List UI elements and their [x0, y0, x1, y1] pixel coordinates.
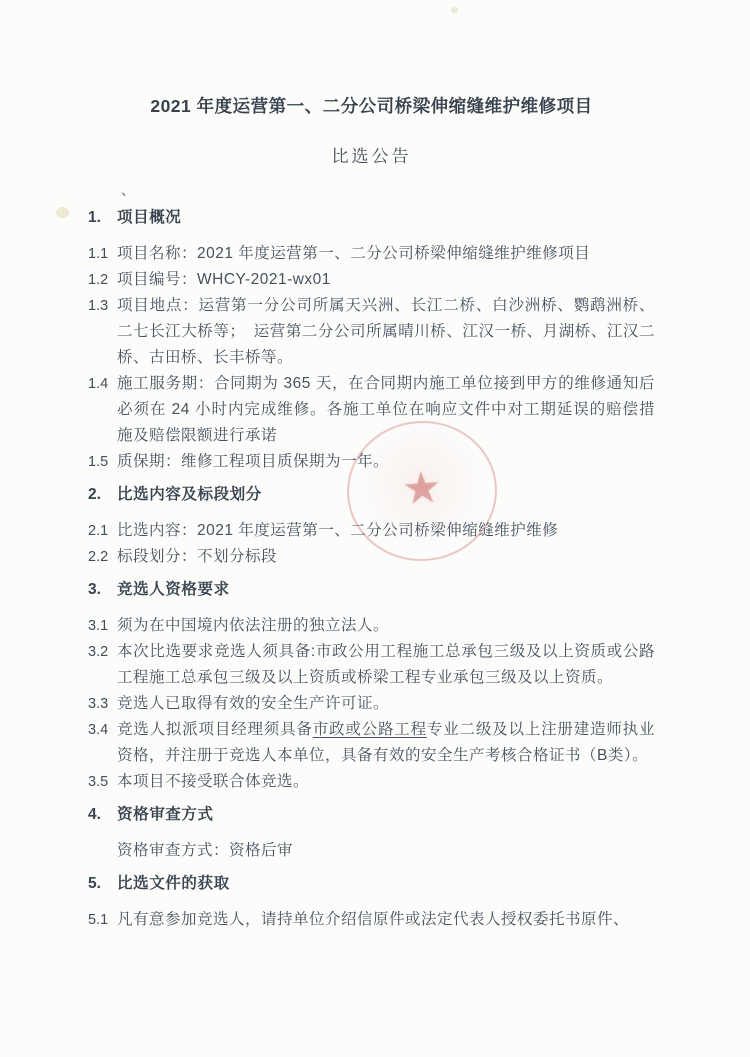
section-heading-text: 项目概况 [117, 205, 181, 231]
item-1-2: 1.2 项目编号：WHCY-2021-wx01 [88, 267, 655, 293]
section-4-heading: 4. 资格审查方式 [88, 802, 655, 828]
document-content: 2021 年度运营第一、二分公司桥梁伸缩缝维护维修项目 比选公告 、 1. 项目… [88, 0, 655, 933]
item-number: 1.5 [88, 449, 117, 475]
item-3-5: 3.5 本项目不接受联合体竞选。 [88, 769, 655, 795]
item-text: 项目名称：2021 年度运营第一、二分公司桥梁伸缩缝维护维修项目 [117, 241, 655, 267]
item-3-3: 3.3 竞选人已取得有效的安全生产许可证。 [88, 691, 655, 717]
item-4-body: 资格审查方式：资格后审 [88, 838, 655, 864]
item-text: 资格审查方式：资格后审 [117, 838, 655, 864]
item-number: 3.3 [88, 691, 117, 717]
item-text-underlined: 市政或公路工程 [313, 721, 427, 738]
section-heading-text: 资格审查方式 [117, 802, 214, 828]
item-number: 2.2 [88, 544, 117, 570]
section-3-heading: 3. 竞选人资格要求 [88, 577, 655, 603]
stray-dun-mark: 、 [88, 182, 655, 198]
section-heading-text: 比选内容及标段划分 [117, 482, 262, 508]
item-text: 竞选人已取得有效的安全生产许可证。 [117, 691, 655, 717]
item-5-1: 5.1 凡有意参加竞选人，请持单位介绍信原件或法定代表人授权委托书原件、 [88, 907, 655, 933]
document-page: 2021 年度运营第一、二分公司桥梁伸缩缝维护维修项目 比选公告 、 1. 项目… [0, 0, 750, 1057]
item-number [88, 838, 117, 864]
item-text: 项目地点：运营第一分公司所属天兴洲、长江二桥、白沙洲桥、鹦鹉洲桥、二七长江大桥等… [117, 293, 655, 371]
item-text: 竞选人拟派项目经理须具备市政或公路工程专业二级及以上注册建造师执业资格，并注册于… [117, 717, 655, 769]
item-3-2: 3.2 本次比选要求竞选人须具备:市政公用工程施工总承包三级及以上资质或公路工程… [88, 639, 655, 691]
item-1-5: 1.5 质保期：维修工程项目质保期为一年。 [88, 449, 655, 475]
item-number: 3.1 [88, 613, 117, 639]
item-text: 凡有意参加竞选人，请持单位介绍信原件或法定代表人授权委托书原件、 [117, 907, 655, 933]
section-number: 1. [88, 205, 117, 231]
section-2-heading: 2. 比选内容及标段划分 [88, 482, 655, 508]
item-1-1: 1.1 项目名称：2021 年度运营第一、二分公司桥梁伸缩缝维护维修项目 [88, 241, 655, 267]
section-heading-text: 比选文件的获取 [117, 871, 230, 897]
section-number: 5. [88, 871, 117, 897]
item-number: 5.1 [88, 907, 117, 933]
scan-yellow-dot [56, 207, 69, 218]
item-text: 施工服务期：合同期为 365 天，在合同期内施工单位接到甲方的维修通知后必须在 … [117, 371, 655, 449]
item-1-3: 1.3 项目地点：运营第一分公司所属天兴洲、长江二桥、白沙洲桥、鹦鹉洲桥、二七长… [88, 293, 655, 371]
item-text: 本项目不接受联合体竞选。 [117, 769, 655, 795]
doc-subtitle: 比选公告 [88, 144, 655, 170]
section-number: 2. [88, 482, 117, 508]
section-1-heading: 1. 项目概况 [88, 205, 655, 231]
item-number: 3.2 [88, 639, 117, 691]
item-number: 3.5 [88, 769, 117, 795]
item-text: 标段划分：不划分标段 [117, 544, 655, 570]
item-text: 项目编号：WHCY-2021-wx01 [117, 267, 655, 293]
item-1-4: 1.4 施工服务期：合同期为 365 天，在合同期内施工单位接到甲方的维修通知后… [88, 371, 655, 449]
section-number: 4. [88, 802, 117, 828]
item-number: 1.4 [88, 371, 117, 449]
item-number: 3.4 [88, 717, 117, 769]
section-heading-text: 竞选人资格要求 [117, 577, 230, 603]
item-number: 1.3 [88, 293, 117, 371]
item-2-2: 2.2 标段划分：不划分标段 [88, 544, 655, 570]
item-text: 须为在中国境内依法注册的独立法人。 [117, 613, 655, 639]
item-text-before: 竞选人拟派项目经理须具备 [117, 721, 313, 738]
item-3-4: 3.4 竞选人拟派项目经理须具备市政或公路工程专业二级及以上注册建造师执业资格，… [88, 717, 655, 769]
section-5-heading: 5. 比选文件的获取 [88, 871, 655, 897]
item-text: 本次比选要求竞选人须具备:市政公用工程施工总承包三级及以上资质或公路工程施工总承… [117, 639, 655, 691]
item-number: 1.2 [88, 267, 117, 293]
section-number: 3. [88, 577, 117, 603]
item-3-1: 3.1 须为在中国境内依法注册的独立法人。 [88, 613, 655, 639]
item-text: 比选内容：2021 年度运营第一、二分公司桥梁伸缩缝维护维修 [117, 518, 655, 544]
doc-title: 2021 年度运营第一、二分公司桥梁伸缩缝维护维修项目 [88, 0, 655, 118]
item-2-1: 2.1 比选内容：2021 年度运营第一、二分公司桥梁伸缩缝维护维修 [88, 518, 655, 544]
item-text: 质保期：维修工程项目质保期为一年。 [117, 449, 655, 475]
item-number: 2.1 [88, 518, 117, 544]
item-number: 1.1 [88, 241, 117, 267]
